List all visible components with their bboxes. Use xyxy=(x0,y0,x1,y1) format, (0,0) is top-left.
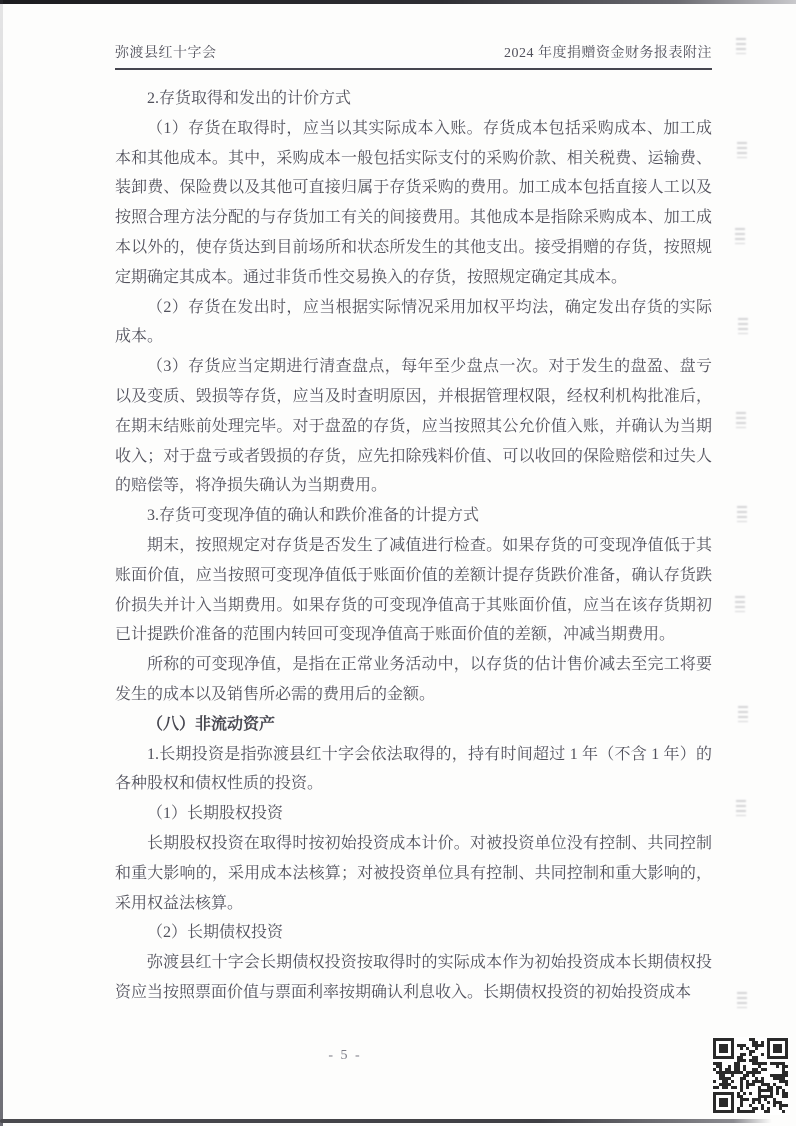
bleed-through-mark xyxy=(736,412,746,428)
bleed-through-mark xyxy=(736,800,746,816)
scan-edge-left xyxy=(0,0,3,1126)
scan-edge-top xyxy=(0,0,796,4)
paragraph: 期末，按照规定对存货是否发生了减值进行检查。如果存货的可变现净值低于其账面价值，… xyxy=(115,531,712,650)
section-subheading: 3.存货可变现净值的确认和跌价准备的计提方式 xyxy=(115,501,712,531)
page-number: - 5 - xyxy=(328,1048,361,1063)
organization-name: 弥渡县红十字会 xyxy=(115,42,217,62)
document-title: 2024 年度捐赠资金财务报表附注 xyxy=(504,42,712,62)
page-footer: - 5 - xyxy=(0,1048,690,1064)
bleed-through-mark xyxy=(737,506,747,522)
paragraph: （1）存货在取得时，应当以其实际成本入账。存货成本包括采购成本、加工成本和其他成… xyxy=(115,114,712,293)
bleed-through-mark xyxy=(736,38,746,54)
scanned-document-page: 弥渡县红十字会 2024 年度捐赠资金财务报表附注 2.存货取得和发出的计价方式… xyxy=(0,0,796,1126)
scan-edge-bottom xyxy=(0,1119,772,1123)
bleed-through-mark xyxy=(737,992,747,1008)
bleed-through-mark xyxy=(735,596,745,612)
section-subheading: （2）长期债权投资 xyxy=(115,918,712,948)
paragraph: 1.长期投资是指弥渡县红十字会依法取得的，持有时间超过 1 年（不含 1 年）的… xyxy=(115,740,712,800)
qr-code xyxy=(712,1037,790,1115)
paragraph: 弥渡县红十字会长期债权投资按取得时的实际成本作为初始投资成本长期债权投资应当按照… xyxy=(115,948,712,1008)
bleed-through-mark xyxy=(738,706,748,722)
section-subheading: 2.存货取得和发出的计价方式 xyxy=(115,84,712,114)
section-heading: （八）非流动资产 xyxy=(115,710,712,740)
paragraph: 长期股权投资在取得时按初始投资成本计价。对被投资单位没有控制、共同控制和重大影响… xyxy=(115,829,712,918)
paragraph: 所称的可变现净值，是指在正常业务活动中，以存货的估计售价减去至完工将要发生的成本… xyxy=(115,650,712,710)
paragraph: （2）存货在发出时，应当根据实际情况采用加权平均法，确定发出存货的实际成本。 xyxy=(115,293,712,353)
section-subheading: （1）长期股权投资 xyxy=(115,799,712,829)
bleed-through-mark xyxy=(737,142,747,158)
paragraph: （3）存货应当定期进行清查盘点，每年至少盘点一次。对于发生的盘盈、盘亏以及变质、… xyxy=(115,352,712,501)
bleed-through-mark xyxy=(735,228,745,244)
bleed-through-mark xyxy=(738,318,748,334)
page-header: 弥渡县红十字会 2024 年度捐赠资金财务报表附注 xyxy=(115,42,712,70)
document-body: 2.存货取得和发出的计价方式 （1）存货在取得时，应当以其实际成本入账。存货成本… xyxy=(115,84,712,1008)
